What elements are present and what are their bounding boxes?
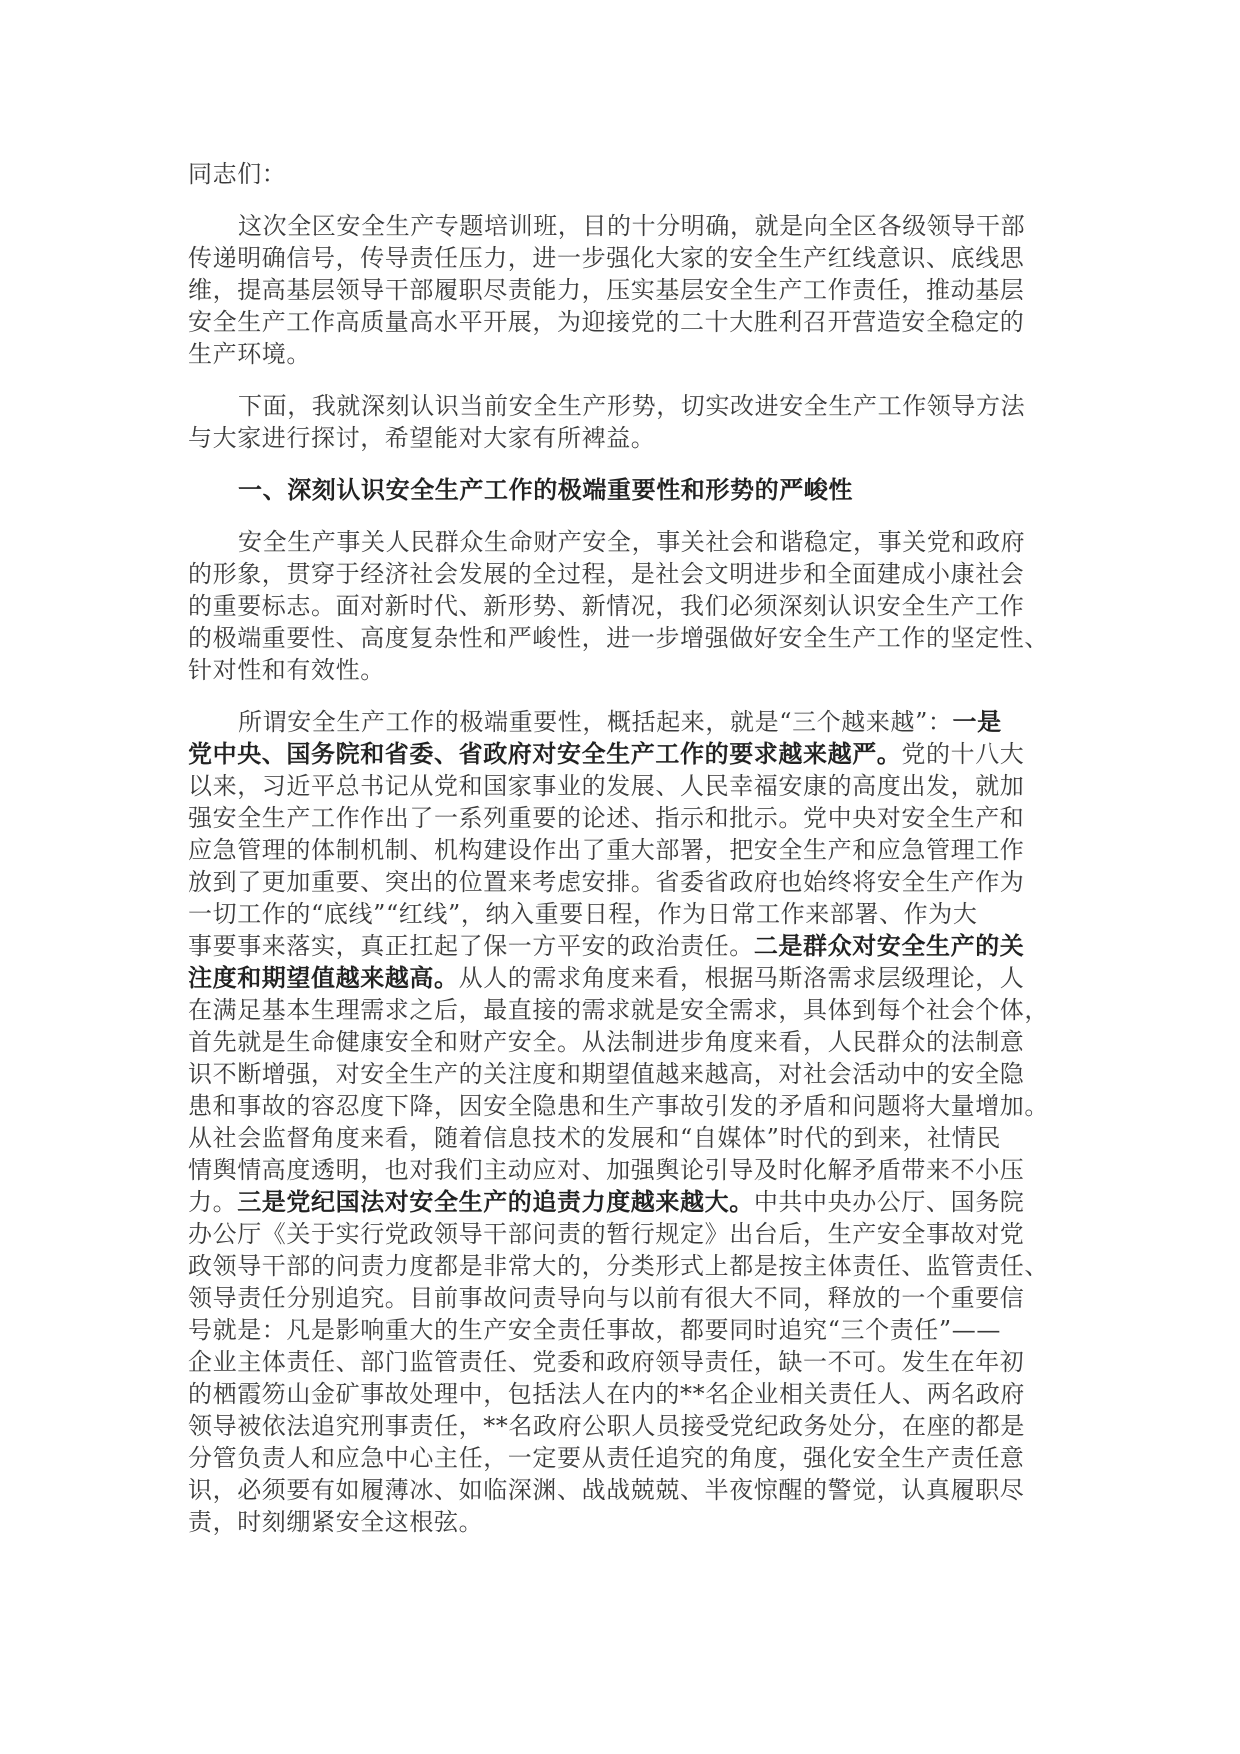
text-line: 的形象，贯穿于经济社会发展的全过程，是社会文明进步和全面建成小康社会 xyxy=(188,558,1068,590)
text-line: 以来，习近平总书记从党和国家事业的发展、人民幸福安康的高度出发，就加 xyxy=(188,770,1068,802)
text-line: 生产环境。 xyxy=(188,338,1068,370)
text-line: 领导被依法追究刑事责任，**名政府公职人员接受党纪政务处分，在座的都是 xyxy=(188,1410,1068,1442)
intro-paragraph: 这次全区安全生产专题培训班，目的十分明确，就是向全区各级领导干部 传递明确信号，… xyxy=(188,210,1068,370)
text-line: 政领导干部的问责力度都是非常大的，分类形式上都是按主体责任、监管责任、 xyxy=(188,1250,1068,1282)
text-line: 党中央、国务院和省委、省政府对安全生产工作的要求越来越严。党的十八大 xyxy=(188,738,1068,770)
bold-point-2: 二是群众对安全生产的关 xyxy=(754,931,1025,960)
text-line: 的重要标志。面对新时代、新形势、新情况，我们必须深刻认识安全生产工作 xyxy=(188,590,1068,622)
text-line: 事要事来落实，真正扛起了保一方平安的政治责任。二是群众对安全生产的关 xyxy=(188,930,1068,962)
text-line: 领导责任分别追究。目前事故问责导向与以前有很大不同，释放的一个重要信 xyxy=(188,1282,1068,1314)
text-line: 传递明确信号，传导责任压力，进一步强化大家的安全生产红线意识、底线思 xyxy=(188,242,1068,274)
text-line: 的栖霞笏山金矿事故处理中，包括法人在内的**名企业相关责任人、两名政府 xyxy=(188,1378,1068,1410)
text-line: 号就是：凡是影响重大的生产安全责任事故，都要同时追究“三个责任”—— xyxy=(188,1314,1068,1346)
text-line: 针对性和有效性。 xyxy=(188,654,1068,686)
text-line: 与大家进行探讨，希望能对大家有所裨益。 xyxy=(188,422,1068,454)
text-line: 力。三是党纪国法对安全生产的追责力度越来越大。中共中央办公厅、国务院 xyxy=(188,1186,1068,1218)
text-line: 安全生产事关人民群众生命财产安全，事关社会和谐稳定，事关党和政府 xyxy=(188,526,1068,558)
text-line: 在满足基本生理需求之后，最直接的需求就是安全需求，具体到每个社会个体， xyxy=(188,994,1068,1026)
text-line: 下面，我就深刻认识当前安全生产形势，切实改进安全生产工作领导方法 xyxy=(188,390,1068,422)
text-line: 这次全区安全生产专题培训班，目的十分明确，就是向全区各级领导干部 xyxy=(188,210,1068,242)
section-paragraph: 安全生产事关人民群众生命财产安全，事关社会和谐稳定，事关党和政府 的形象，贯穿于… xyxy=(188,526,1068,686)
bold-point-1: 一是 xyxy=(953,707,1002,736)
text-line: 识不断增强，对安全生产的关注度和期望值越来越高，对社会活动中的安全隐 xyxy=(188,1058,1068,1090)
text-line: 注度和期望值越来越高。从人的需求角度来看，根据马斯洛需求层级理论，人 xyxy=(188,962,1068,994)
text-line: 办公厅《关于实行党政领导干部问责的暂行规定》出台后，生产安全事故对党 xyxy=(188,1218,1068,1250)
bold-point-3: 三是党纪国法对安全生产的追责力度越来越大。 xyxy=(237,1187,754,1216)
text-line: 患和事故的容忍度下降，因安全隐患和生产事故引发的矛盾和问题将大量增加。 xyxy=(188,1090,1068,1122)
text-span: 从人的需求角度来看，根据马斯洛需求层级理论，人 xyxy=(459,964,1025,992)
bold-point-1-cont: 党中央、国务院和省委、省政府对安全生产工作的要求越来越严。 xyxy=(188,739,901,768)
text-span: 所谓安全生产工作的极端重要性，概括起来，就是“三个越来越”： xyxy=(238,708,953,736)
text-line: 首先就是生命健康安全和财产安全。从法制进步角度来看，人民群众的法制意 xyxy=(188,1026,1068,1058)
text-line: 维，提高基层领导干部履职尽责能力，压实基层安全生产工作责任，推动基层 xyxy=(188,274,1068,306)
purpose-paragraph: 下面，我就深刻认识当前安全生产形势，切实改进安全生产工作领导方法 与大家进行探讨… xyxy=(188,390,1068,454)
text-line: 责，时刻绷紧安全这根弦。 xyxy=(188,1506,1068,1538)
text-line: 企业主体责任、部门监管责任、党委和政府领导责任，缺一不可。发生在年初 xyxy=(188,1346,1068,1378)
text-span: 事要事来落实，真正扛起了保一方平安的政治责任。 xyxy=(188,932,754,960)
three-increasing-paragraph: 所谓安全生产工作的极端重要性，概括起来，就是“三个越来越”：一是 党中央、国务院… xyxy=(188,706,1068,1538)
text-line: 应急管理的体制机制、机构建设作出了重大部署，把安全生产和应急管理工作 xyxy=(188,834,1068,866)
text-line: 从社会监督角度来看，随着信息技术的发展和“自媒体”时代的到来，社情民 xyxy=(188,1122,1068,1154)
section-heading: 一、深刻认识安全生产工作的极端重要性和形势的严峻性 xyxy=(188,474,1068,506)
document-page: 同志们： 这次全区安全生产专题培训班，目的十分明确，就是向全区各级领导干部 传递… xyxy=(188,158,1068,1558)
text-line: 的极端重要性、高度复杂性和严峻性，进一步增强做好安全生产工作的坚定性、 xyxy=(188,622,1068,654)
text-line: 强安全生产工作作出了一系列重要的论述、指示和批示。党中央对安全生产和 xyxy=(188,802,1068,834)
salutation: 同志们： xyxy=(188,158,1068,190)
text-line: 一切工作的“底线”“红线”，纳入重要日程，作为日常工作来部署、作为大 xyxy=(188,898,1068,930)
bold-point-2-cont: 注度和期望值越来越高。 xyxy=(188,963,459,992)
text-line: 安全生产工作高质量高水平开展，为迎接党的二十大胜利召开营造安全稳定的 xyxy=(188,306,1068,338)
text-line: 放到了更加重要、突出的位置来考虑安排。省委省政府也始终将安全生产作为 xyxy=(188,866,1068,898)
text-line: 所谓安全生产工作的极端重要性，概括起来，就是“三个越来越”：一是 xyxy=(188,706,1068,738)
text-line: 分管负责人和应急中心主任，一定要从责任追究的角度，强化安全生产责任意 xyxy=(188,1442,1068,1474)
text-span: 力。 xyxy=(188,1188,237,1216)
text-line: 识，必须要有如履薄冰、如临深渊、战战兢兢、半夜惊醒的警觉，认真履职尽 xyxy=(188,1474,1068,1506)
text-span: 党的十八大 xyxy=(901,740,1024,768)
text-line: 情舆情高度透明，也对我们主动应对、加强舆论引导及时化解矛盾带来不小压 xyxy=(188,1154,1068,1186)
text-span: 中共中央办公厅、国务院 xyxy=(754,1188,1025,1216)
